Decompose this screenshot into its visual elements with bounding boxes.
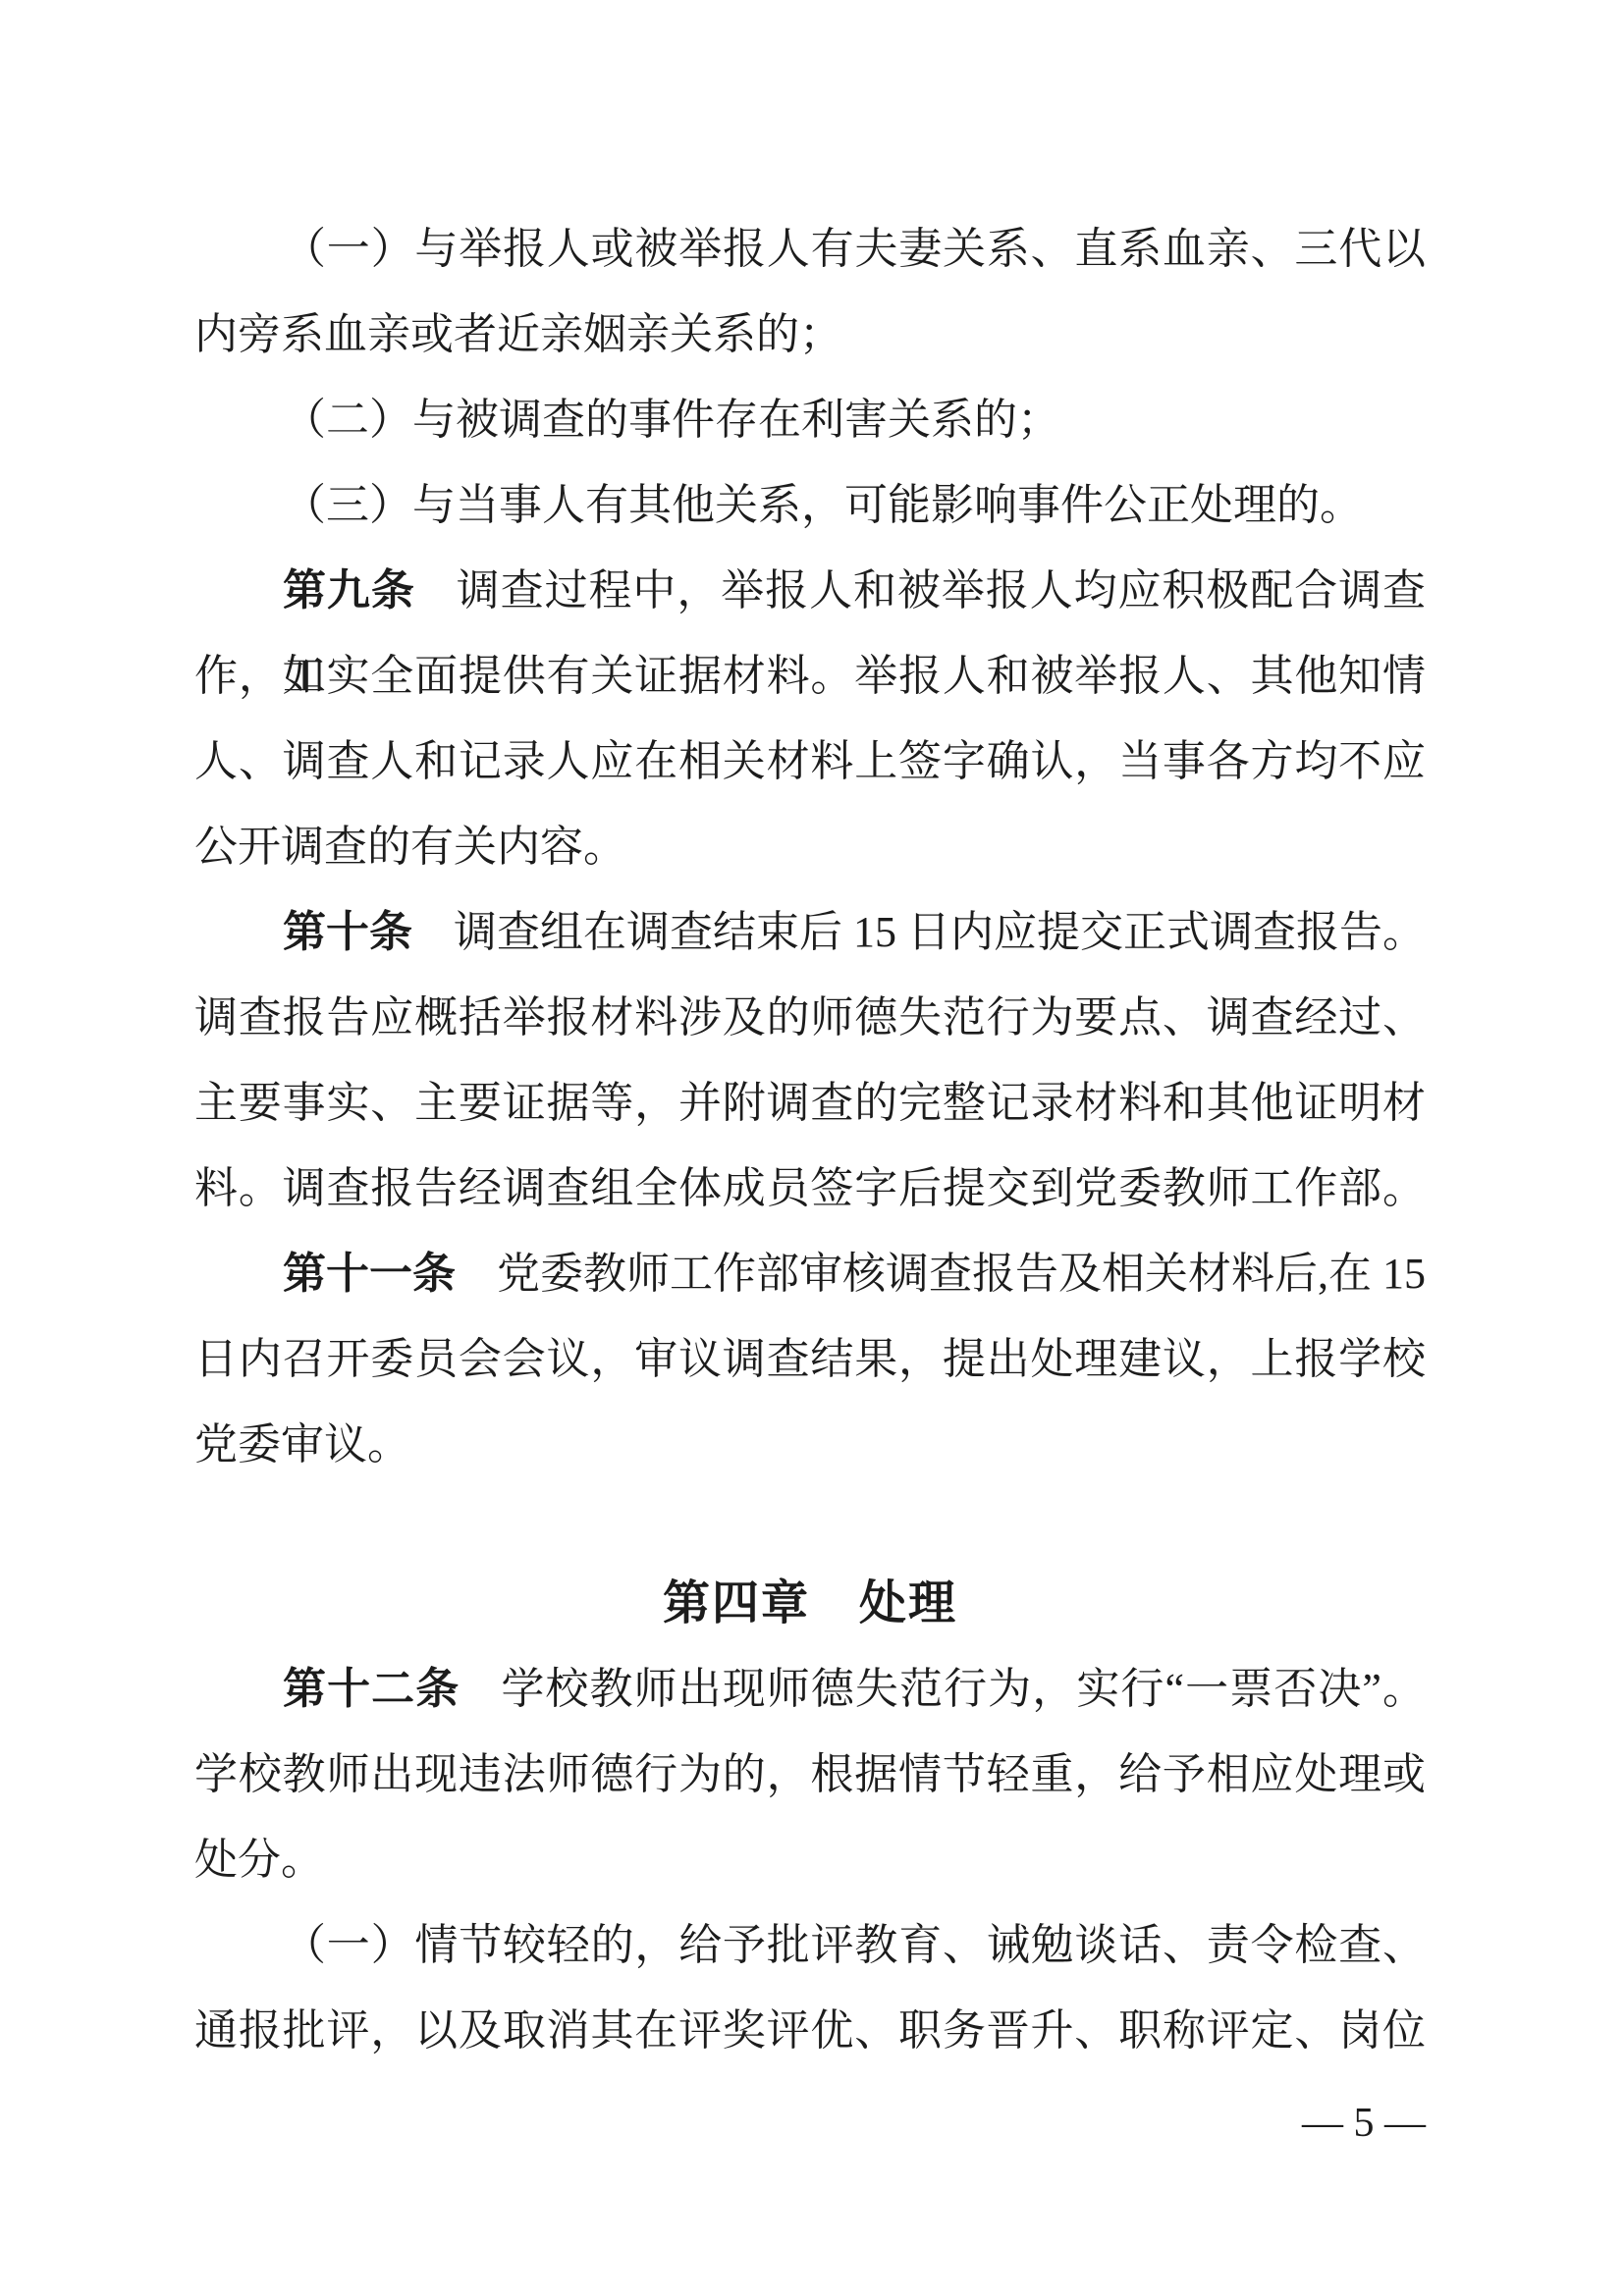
body-line-text: 料。调查报告经调查组全体成员签字后提交到党委教师工作部。: [194, 1164, 1426, 1212]
article-number: 第十条: [283, 908, 412, 956]
body-line: 主要事实、主要证据等，并附调查的完整记录材料和其他证明材: [194, 1060, 1426, 1146]
body-line-text: 公开调查的有关内容。: [194, 823, 626, 871]
body-line: 人、调查人和记录人应在相关材料上签字确认，当事各方均不应: [194, 719, 1426, 804]
body-line: 第十一条党委教师工作部审核调查报告及相关材料后,在 15: [194, 1231, 1426, 1316]
body-line-text: 人、调查人和记录人应在相关材料上签字确认，当事各方均不应: [194, 737, 1426, 785]
body-line-text: 作，如实全面提供有关证据材料。举报人和被举报人、其他知情: [194, 652, 1426, 700]
body-line: 第九条调查过程中，举报人和被举报人均应积极配合调查工: [194, 548, 1426, 633]
body-line: 学校教师出现违法师德行为的，根据情节轻重，给予相应处理或: [194, 1732, 1426, 1817]
body-line: （三）与当事人有其他关系，可能影响事件公正处理的。: [194, 462, 1426, 548]
body-line: 党委审议。: [194, 1402, 1426, 1487]
body-line-text: 学校教师出现违法师德行为的，根据情节轻重，给予相应处理或: [194, 1750, 1426, 1798]
article-number: 第十一条: [283, 1250, 456, 1298]
body-line-text: 调查组在调查结束后 15 日内应提交正式调查报告。: [454, 908, 1426, 956]
body-line-text: 内旁系血亲或者近亲姻亲关系的；: [194, 310, 842, 358]
body-line: 公开调查的有关内容。: [194, 804, 1426, 889]
body-line-text: （一）与举报人或被举报人有夫妻关系、直系血亲、三代以: [283, 225, 1426, 273]
body-line-text: 日内召开委员会会议，审议调查结果，提出处理建议，上报学校: [194, 1335, 1426, 1383]
body-line: 作，如实全面提供有关证据材料。举报人和被举报人、其他知情: [194, 633, 1426, 719]
page-number: — 5 —: [194, 2096, 1426, 2151]
body-line: 处分。: [194, 1817, 1426, 1902]
article-number: 第十二条: [283, 1665, 460, 1713]
body-line-text: （二）与被调查的事件存在利害关系的；: [283, 396, 1060, 444]
document-body: （一）与举报人或被举报人有夫妻关系、直系血亲、三代以 内旁系血亲或者近亲姻亲关系…: [194, 206, 1426, 2151]
page-number-text: — 5 —: [1302, 2101, 1426, 2146]
chapter-heading: 第四章 处理: [194, 1561, 1426, 1646]
body-line-text: 主要事实、主要证据等，并附调查的完整记录材料和其他证明材: [194, 1079, 1426, 1127]
body-line-text: 通报批评，以及取消其在评奖评优、职务晋升、职称评定、岗位: [194, 2006, 1426, 2055]
body-line-text: （一）情节较轻的，给予批评教育、诫勉谈话、责令检查、: [283, 1921, 1426, 1969]
body-line: 调查报告应概括举报材料涉及的师德失范行为要点、调查经过、: [194, 975, 1426, 1060]
body-line: 内旁系血亲或者近亲姻亲关系的；: [194, 292, 1426, 377]
body-line: （一）与举报人或被举报人有夫妻关系、直系血亲、三代以: [194, 206, 1426, 292]
body-line-text: 党委审议。: [194, 1420, 410, 1468]
body-line: 第十条调查组在调查结束后 15 日内应提交正式调查报告。: [194, 889, 1426, 975]
body-line: （二）与被调查的事件存在利害关系的；: [194, 377, 1426, 462]
body-line: 第十二条学校教师出现师德失范行为，实行“一票否决”。: [194, 1646, 1426, 1732]
body-line-text: 处分。: [194, 1836, 324, 1884]
body-line-text: 调查报告应概括举报材料涉及的师德失范行为要点、调查经过、: [194, 993, 1426, 1041]
body-line: （一）情节较轻的，给予批评教育、诫勉谈话、责令检查、: [194, 1902, 1426, 1988]
body-line-text: 党委教师工作部审核调查报告及相关材料后,在 15: [497, 1250, 1426, 1298]
body-line: 日内召开委员会会议，审议调查结果，提出处理建议，上报学校: [194, 1316, 1426, 1402]
body-line: 通报批评，以及取消其在评奖评优、职务晋升、职称评定、岗位: [194, 1988, 1426, 2073]
body-line: 料。调查报告经调查组全体成员签字后提交到党委教师工作部。: [194, 1146, 1426, 1231]
body-line-text: 学校教师出现师德失范行为，实行“一票否决”。: [501, 1665, 1426, 1713]
document-page: （一）与举报人或被举报人有夫妻关系、直系血亲、三代以 内旁系血亲或者近亲姻亲关系…: [0, 0, 1624, 2296]
article-number: 第九条: [283, 566, 415, 614]
body-line-text: （三）与当事人有其他关系，可能影响事件公正处理的。: [283, 481, 1363, 529]
